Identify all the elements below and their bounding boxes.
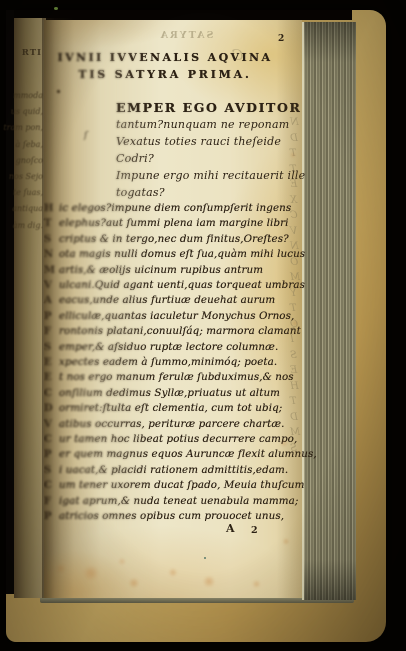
verse-text: atibus occurras, perituræ parcere chartæ…: [59, 418, 285, 430]
verse-text: emper,& aſsiduo ruptæ lectore columnæ.: [59, 341, 278, 353]
verse-text: ota magis nulli domus eſt ſua,quàm mihi …: [59, 248, 305, 260]
verse-initial: F: [42, 326, 59, 337]
verse-line: Frontonis platani,conuulſáq; marmora cla…: [42, 325, 301, 337]
verse-initial: V: [42, 419, 59, 430]
verse-text: atricios omnes opibus cum prouocet unus,: [59, 510, 284, 522]
verse-text: ic elegos?impune diem conſumpſerit ingen…: [59, 202, 291, 214]
sliver-fragment: us quid,: [11, 107, 43, 116]
verse-line: Cum tener uxorem ducat ſpado, Meuia thuſ…: [42, 479, 304, 491]
verse-line: Pelliculæ,quantas iaculetur Monychus Orn…: [42, 310, 294, 322]
verse-line: Conſilium dedimus Syllæ,priuatus ut altu…: [42, 387, 280, 399]
verse-line: Dormiret:ſtulta eſt clementia, cum tot u…: [42, 402, 282, 414]
opening-first-line: EMPER EGO AVDITOR: [116, 100, 301, 115]
verse-text: ulcani.Quid agant uenti,quas torqueat um…: [59, 279, 305, 291]
verse-text: elephus?aut ſummi plena iam margine libr…: [59, 217, 289, 229]
show-through-letter: D: [290, 133, 298, 144]
sliver-fragment: à ſeba,: [16, 140, 43, 149]
verse-text: t nos ergo manum ferulæ ſubduximus,& nos: [59, 371, 294, 383]
opening-line: tantum?nunquam ne reponam: [116, 118, 289, 131]
verse-initial: V: [42, 280, 59, 291]
foxing-spot: [202, 576, 216, 587]
verse-initial: E: [42, 372, 59, 383]
show-through-letter: T: [290, 396, 297, 407]
verse-text: artis,& æolijs uicinum rupibus antrum: [59, 264, 263, 276]
verse-line: Vulcani.Quid agant uenti,quas torqueat u…: [42, 279, 305, 291]
verse-text: eacus,unde alius furtiuæ deuehat aurum: [59, 294, 275, 306]
verse-line: Vatibus occurras, perituræ parcere chart…: [42, 418, 285, 430]
verse-line: Expectes eadem à ſummo,minimóq; poeta.: [42, 356, 277, 368]
foxing-spot: [118, 558, 126, 565]
page-number: 2: [278, 34, 284, 44]
ink-speck: [57, 90, 60, 93]
book-page: SATYRA C NDTTEXCVNOMYTQISEHTDMS IVNII IV…: [44, 20, 302, 598]
sliver-fragment: mmoda: [13, 91, 43, 100]
verse-line: Aeacus,unde alius furtiuæ deuehat aurum: [42, 294, 275, 306]
verse-initial: T: [42, 218, 59, 229]
verse-initial: P: [42, 511, 59, 522]
verse-text: i uacat,& placidi rationem admittitis,ed…: [59, 464, 288, 476]
opening-line: Codri?: [116, 152, 154, 165]
foxing-spot: [168, 568, 178, 577]
verse-text: rontonis platani,conuulſáq; marmora clam…: [59, 325, 301, 337]
verse-line: Martis,& æolijs uicinum rupibus antrum: [42, 264, 263, 276]
sliver-fragment: tram pon,: [3, 123, 43, 132]
verse-initial: C: [42, 434, 59, 445]
initial-guide-letter: ſ: [84, 131, 87, 141]
fore-edge-pages: [302, 22, 356, 600]
verse-text: xpectes eadem à ſummo,minimóq; poeta.: [59, 356, 277, 368]
verse-text: criptus & in tergo,nec dum finitus,Oreſt…: [59, 233, 289, 245]
verse-text: um tener uxorem ducat ſpado, Meuia thuſc…: [59, 479, 304, 491]
foxing-spot: [82, 566, 100, 580]
sliver-fragment: antiqua: [12, 204, 43, 213]
verse-text: elliculæ,quantas iaculetur Monychus Orno…: [59, 310, 294, 322]
page-header-line1: IVNII IVVENALIS AQVINA: [36, 51, 294, 64]
verse-text: onſilium dedimus Syllæ,priuatus ut altum: [59, 387, 280, 399]
sliver-fragment: àm dig.: [13, 221, 43, 230]
top-shadow: [6, 10, 352, 20]
verse-initial: S: [42, 465, 59, 476]
verse-text: ur tamen hoc libeat potius decurrere cam…: [59, 433, 297, 445]
verse-line: Hic elegos?impune diem conſumpſerit inge…: [42, 202, 291, 214]
signature-letter: A: [226, 522, 235, 535]
page-header-line2: TIS SATYRA PRIMA.: [36, 68, 294, 81]
verse-text: er quem magnus equos Auruncæ flexit alum…: [59, 448, 317, 460]
verse-line: Nota magis nulli domus eſt ſua,quàm mihi…: [42, 248, 305, 260]
photo-of-open-book: RTI mmodaus quid,tram pon,à ſeba,gnoſcon…: [0, 0, 406, 651]
verse-initial: H: [42, 203, 59, 214]
show-through-letter: D: [290, 412, 298, 423]
verse-line: Per quem magnus equos Auruncæ flexit alu…: [42, 448, 317, 460]
foxing-spot: [56, 564, 66, 573]
verse-initial: A: [42, 295, 59, 306]
foxing-spot: [128, 578, 140, 588]
verse-initial: S: [42, 234, 59, 245]
verse-initial: D: [42, 403, 59, 414]
verse-initial: P: [42, 449, 59, 460]
sliver-fragment: te ſuas,: [13, 188, 43, 197]
verse-initial: C: [42, 388, 59, 399]
verse-line: Scriptus & in tergo,nec dum finitus,Oreſ…: [42, 233, 289, 245]
verse-initial: P: [42, 311, 59, 322]
show-through-letter: T: [290, 148, 297, 159]
verse-initial: C: [42, 480, 59, 491]
signature-number: 2: [251, 525, 258, 536]
verse-initial: F: [42, 496, 59, 507]
verse-initial: S: [42, 342, 59, 353]
verse-line: Figat aprum,& nuda teneat uenabula mamma…: [42, 495, 298, 507]
sliver-fragment: gnoſco: [16, 156, 43, 165]
show-through-letter: S: [290, 350, 297, 361]
opening-line: Impune ergo mihi recitauerit ille: [116, 169, 305, 182]
verse-text: igat aprum,& nuda teneat uenabula mamma;: [59, 495, 298, 507]
verse-line: Et nos ergo manum ferulæ ſubduximus,& no…: [42, 371, 294, 383]
verse-line: Semper,& aſsiduo ruptæ lectore columnæ.: [42, 341, 278, 353]
verse-line: Patricios omnes opibus cum prouocet unus…: [42, 510, 284, 522]
show-through-letter: N: [290, 117, 299, 128]
verse-text: ormiret:ſtulta eſt clementia, cum tot ub…: [59, 402, 282, 414]
verse-line: Cur tamen hoc libeat potius decurrere ca…: [42, 433, 297, 445]
verse-initial: E: [42, 357, 59, 368]
foxing-spot: [252, 580, 261, 588]
sliver-fragment: nos Sejo: [9, 172, 43, 181]
show-through-letter: V: [290, 226, 297, 237]
verse-initial: N: [42, 249, 59, 260]
foxing-spot: [282, 538, 290, 545]
verse-line: Si uacat,& placidi rationem admittitis,e…: [42, 464, 288, 476]
verse-initial: M: [42, 265, 59, 276]
show-through-title: SATYRA: [148, 30, 224, 41]
verse-line: Telephus?aut ſummi plena iam margine lib…: [42, 217, 289, 229]
ink-speck: [204, 557, 206, 559]
opening-line: Vexatus toties rauci theſeide: [116, 135, 281, 148]
opening-line: togatas?: [116, 186, 165, 199]
